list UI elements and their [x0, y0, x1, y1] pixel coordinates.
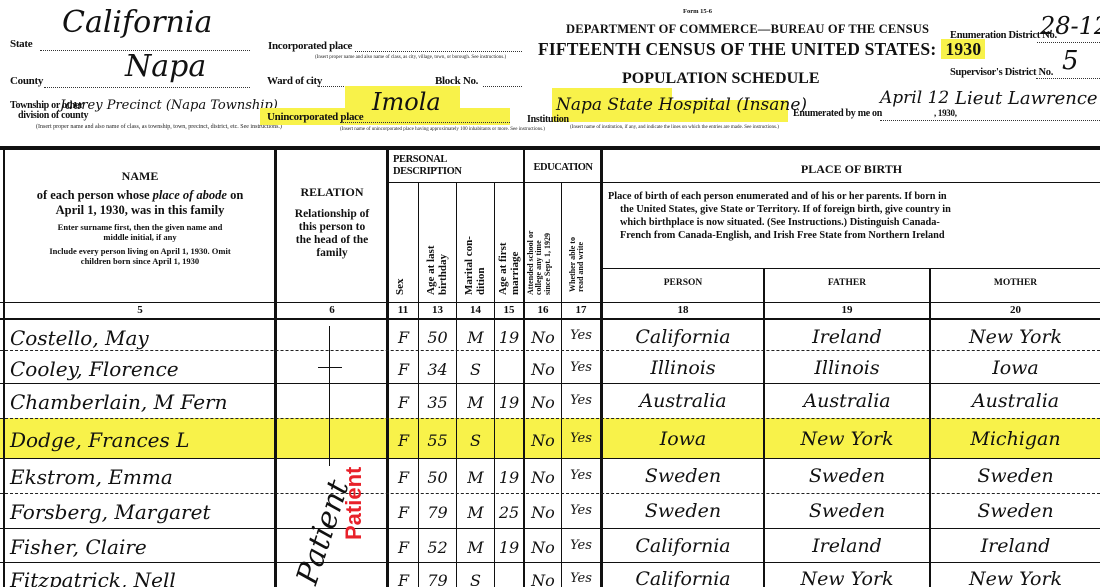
row-5-school: No — [525, 503, 561, 522]
row-0-name: Costello, May — [10, 326, 149, 350]
row-line-5 — [0, 493, 1100, 494]
row-1-school: No — [525, 360, 561, 379]
row-5-birth-person: Sweden — [603, 500, 763, 522]
col-num-11: 11 — [388, 304, 418, 316]
row-6-age: 52 — [419, 538, 456, 557]
name-header-line3: Enter surname first, then the given name… — [5, 222, 275, 232]
place-of-birth-title: PLACE OF BIRTH — [603, 162, 1100, 177]
pob-mother-header: MOTHER — [931, 278, 1100, 288]
row-3-name: Dodge, Frances L — [10, 428, 189, 452]
row-5-birth-father: Sweden — [765, 500, 929, 522]
personal-title-1: PERSONAL — [393, 154, 462, 166]
row-4-marital: M — [457, 468, 494, 487]
header-read-write-2: read and write — [577, 237, 585, 292]
pob-desc-1: Place of birth of each person enumerated… — [608, 190, 951, 203]
name-header-line1-italic: place of abode — [153, 188, 227, 202]
pob-desc-4: French from Canada-English, and Irish Fr… — [608, 229, 951, 242]
personal-edu-title-line — [386, 182, 602, 183]
row-4-sex: F — [389, 468, 418, 487]
census-table: NAME of each person whose place of abode… — [0, 146, 1100, 587]
row-6-read-write: Yes — [562, 538, 600, 553]
row-3-read-write: Yes — [562, 431, 600, 446]
row-7-sex: F — [389, 571, 418, 587]
township-value: Jaurey Precinct (Napa Township) — [60, 98, 278, 113]
pob-person-header: PERSON — [603, 278, 763, 288]
row-2-school: No — [525, 393, 561, 412]
row-7-name: Fitzpatrick, Nell — [10, 568, 176, 587]
personal-description-title: PERSONAL DESCRIPTION — [393, 154, 462, 178]
name-header-title: NAME — [5, 169, 275, 184]
census-title-text: FIFTEENTH CENSUS OF THE UNITED STATES: — [538, 39, 936, 59]
col-divider-marital — [494, 182, 495, 587]
incorporated-place-line — [355, 51, 522, 52]
township-note: (Insert proper name and also name of cla… — [36, 124, 282, 130]
row-6-birth-father: Ireland — [765, 535, 929, 557]
col-num-17: 17 — [562, 304, 600, 316]
row-5-birth-mother: Sweden — [931, 500, 1100, 522]
pob-title-line — [600, 182, 1100, 183]
row-5-age: 79 — [419, 503, 456, 522]
row-1-age: 34 — [419, 360, 456, 379]
row-6-birth-person: California — [603, 535, 763, 557]
incorporated-place-label: Incorporated place — [268, 40, 352, 52]
institution-label: Institution — [527, 114, 569, 125]
personal-title-2: DESCRIPTION — [393, 166, 462, 178]
name-header-line2: April 1, 1930, was in this family — [5, 203, 275, 218]
supervisors-district-label: Supervisor's District No. — [950, 67, 1053, 78]
name-header-line1-a: of each person whose — [37, 188, 153, 202]
row-3-school: No — [525, 431, 561, 450]
row-1-read-write: Yes — [562, 360, 600, 375]
header-age-marriage: Age at first marriage — [498, 242, 521, 295]
header-school: Attended school or college any time sinc… — [527, 231, 552, 295]
row-7-birth-person: California — [603, 568, 763, 587]
name-header-line1: of each person whose place of abode on — [5, 188, 275, 203]
row-line-3 — [0, 418, 1100, 419]
colnum-bottom-line — [0, 318, 1100, 320]
header-age-2: birthday — [438, 246, 450, 296]
relation-header-line1: Relationship of — [277, 208, 387, 220]
census-header: State California County Napa Township or… — [0, 0, 1100, 140]
department-title: DEPARTMENT OF COMMERCE—BUREAU OF THE CEN… — [566, 22, 929, 37]
row-2-sex: F — [389, 393, 418, 412]
population-schedule-title: POPULATION SCHEDULE — [622, 70, 820, 88]
header-marital: Marital con- dition — [464, 236, 487, 295]
row-line-2 — [0, 383, 1100, 384]
row-5-age-marriage: 25 — [495, 503, 523, 522]
col-num-14: 14 — [457, 304, 494, 316]
pob-father-header: FATHER — [765, 278, 929, 288]
row-7-school: No — [525, 571, 561, 587]
col-divider-age — [456, 182, 457, 587]
row-2-age: 35 — [419, 393, 456, 412]
row-line-7 — [0, 562, 1100, 563]
row-3-age: 55 — [419, 431, 456, 450]
row-0-birth-mother: New York — [931, 326, 1100, 348]
row-0-sex: F — [389, 328, 418, 347]
header-read-write: Whether able to read and write — [569, 237, 586, 292]
institution-value: Napa State Hospital (Insane) — [556, 95, 807, 115]
col-num-5: 5 — [5, 304, 275, 316]
relation-ditto-tick — [318, 367, 342, 368]
header-marital-1: Marital con- — [464, 236, 476, 295]
col-divider-sex — [418, 182, 419, 587]
relation-ditto-line — [329, 326, 330, 466]
row-2-age-marriage: 19 — [495, 393, 523, 412]
row-2-birth-person: Australia — [603, 390, 763, 412]
row-1-birth-father: Illinois — [765, 357, 929, 379]
county-line — [44, 87, 250, 88]
row-4-birth-mother: Sweden — [931, 465, 1100, 487]
row-0-read-write: Yes — [562, 328, 600, 343]
row-4-birth-person: Sweden — [603, 465, 763, 487]
row-line-1 — [0, 350, 1100, 351]
row-0-age-marriage: 19 — [495, 328, 523, 347]
row-3-birth-person: Iowa — [603, 428, 763, 450]
census-year: 1930 — [941, 39, 985, 59]
col-num-20: 20 — [931, 304, 1100, 316]
col-num-19: 19 — [765, 304, 929, 316]
state-label: State — [10, 38, 32, 50]
row-0-marital: M — [457, 328, 494, 347]
col-num-6: 6 — [277, 304, 387, 316]
name-header-line6: children born since April 1, 1930 — [5, 256, 275, 266]
pob-desc-3: which birthplace is now situated. (See I… — [608, 216, 951, 229]
row-1-sex: F — [389, 360, 418, 379]
patient-annotation-label: Patient — [341, 467, 367, 540]
col-num-16: 16 — [525, 304, 561, 316]
row-7-read-write: Yes — [562, 571, 600, 586]
row-2-birth-mother: Australia — [931, 390, 1100, 412]
row-4-age: 50 — [419, 468, 456, 487]
row-4-birth-father: Sweden — [765, 465, 929, 487]
relation-header-title: RELATION — [277, 185, 387, 200]
row-3-birth-father: New York — [765, 428, 929, 450]
col-num-13: 13 — [419, 304, 456, 316]
supervisors-district-value: 5 — [1062, 48, 1079, 74]
row-5-read-write: Yes — [562, 503, 600, 518]
state-value: California — [62, 8, 212, 38]
row-4-name: Ekstrom, Emma — [10, 465, 173, 489]
header-age-marriage-1: Age at first — [498, 242, 510, 295]
form-number: Form 15-6 — [683, 8, 712, 15]
unincorporated-place-note: (Insert name of unincorporated place hav… — [340, 127, 545, 132]
relation-header-line2: this person to — [277, 221, 387, 233]
unincorporated-place-line — [340, 122, 510, 123]
row-4-school: No — [525, 468, 561, 487]
block-line — [483, 86, 522, 87]
row-1-birth-mother: Iowa — [931, 357, 1100, 379]
row-line-4 — [0, 458, 1100, 459]
colnum-top-line — [0, 302, 1100, 303]
row-6-marital: M — [457, 538, 494, 557]
relation-header-line4: family — [277, 247, 387, 259]
enumeration-district-value: 28-12 — [1040, 14, 1100, 38]
row-0-birth-person: California — [603, 326, 763, 348]
enumerator-name: Lieut Lawrence B — [955, 88, 1100, 109]
county-value: Napa — [125, 52, 206, 82]
header-age: Age at last birthday — [426, 246, 449, 296]
enumerated-by-label: Enumerated by me on — [793, 108, 882, 119]
row-6-name: Fisher, Claire — [10, 535, 147, 559]
county-label: County — [10, 75, 43, 87]
ward-label: Ward of city — [267, 75, 322, 87]
row-6-school: No — [525, 538, 561, 557]
row-7-marital: S — [457, 571, 494, 587]
census-title: FIFTEENTH CENSUS OF THE UNITED STATES: 1… — [538, 39, 985, 60]
row-4-age-marriage: 19 — [495, 468, 523, 487]
enumerated-line — [880, 120, 1100, 121]
place-of-birth-desc: Place of birth of each person enumerated… — [608, 190, 951, 242]
header-age-1: Age at last — [426, 246, 438, 296]
row-0-age: 50 — [419, 328, 456, 347]
pob-desc-line — [600, 268, 1100, 269]
enumeration-district-line — [1037, 42, 1100, 43]
enumerated-date: April 12 — [880, 88, 949, 108]
row-0-school: No — [525, 328, 561, 347]
header-sex: Sex — [395, 279, 407, 296]
education-title: EDUCATION — [525, 162, 601, 173]
row-1-name: Cooley, Florence — [10, 357, 179, 381]
row-2-marital: M — [457, 393, 494, 412]
row-2-name: Chamberlain, M Fern — [10, 390, 227, 414]
name-header-line4: middle initial, if any — [5, 232, 275, 242]
unincorporated-place-value: Imola — [372, 90, 441, 114]
row-6-birth-mother: Ireland — [931, 535, 1100, 557]
row-0-birth-father: Ireland — [765, 326, 929, 348]
name-header-line1-end: on — [227, 188, 243, 202]
header-school-3: since Sept. 1, 1929 — [544, 231, 552, 295]
row-5-marital: M — [457, 503, 494, 522]
header-age-marriage-2: marriage — [510, 242, 522, 295]
row-4-read-write: Yes — [562, 468, 600, 483]
row-6-age-marriage: 19 — [495, 538, 523, 557]
row-6-sex: F — [389, 538, 418, 557]
enumerated-year: , 1930, — [934, 108, 957, 118]
row-3-birth-mother: Michigan — [931, 428, 1100, 450]
row-3-sex: F — [389, 431, 418, 450]
row-2-birth-father: Australia — [765, 390, 929, 412]
row-line-6 — [0, 528, 1100, 529]
row-7-birth-father: New York — [765, 568, 929, 587]
row-7-birth-mother: New York — [931, 568, 1100, 587]
name-header-line5: Include every person living on April 1, … — [5, 246, 275, 256]
row-1-marital: S — [457, 360, 494, 379]
row-3-marital: S — [457, 431, 494, 450]
row-2-read-write: Yes — [562, 393, 600, 408]
relation-header-line3: the head of the — [277, 234, 387, 246]
col-num-15: 15 — [495, 304, 523, 316]
col-num-18: 18 — [603, 304, 763, 316]
header-marital-2: dition — [476, 236, 488, 295]
row-1-birth-person: Illinois — [603, 357, 763, 379]
col-divider-school — [561, 182, 562, 587]
row-7-age: 79 — [419, 571, 456, 587]
pob-desc-2: the United States, give State or Territo… — [608, 203, 951, 216]
incorporated-place-note: (Insert proper name and also name of cla… — [315, 55, 506, 60]
supervisors-district-line — [1036, 78, 1100, 79]
row-5-name: Forsberg, Margaret — [10, 500, 211, 524]
institution-note: (Insert name of institution, if any, and… — [570, 125, 779, 130]
row-5-sex: F — [389, 503, 418, 522]
